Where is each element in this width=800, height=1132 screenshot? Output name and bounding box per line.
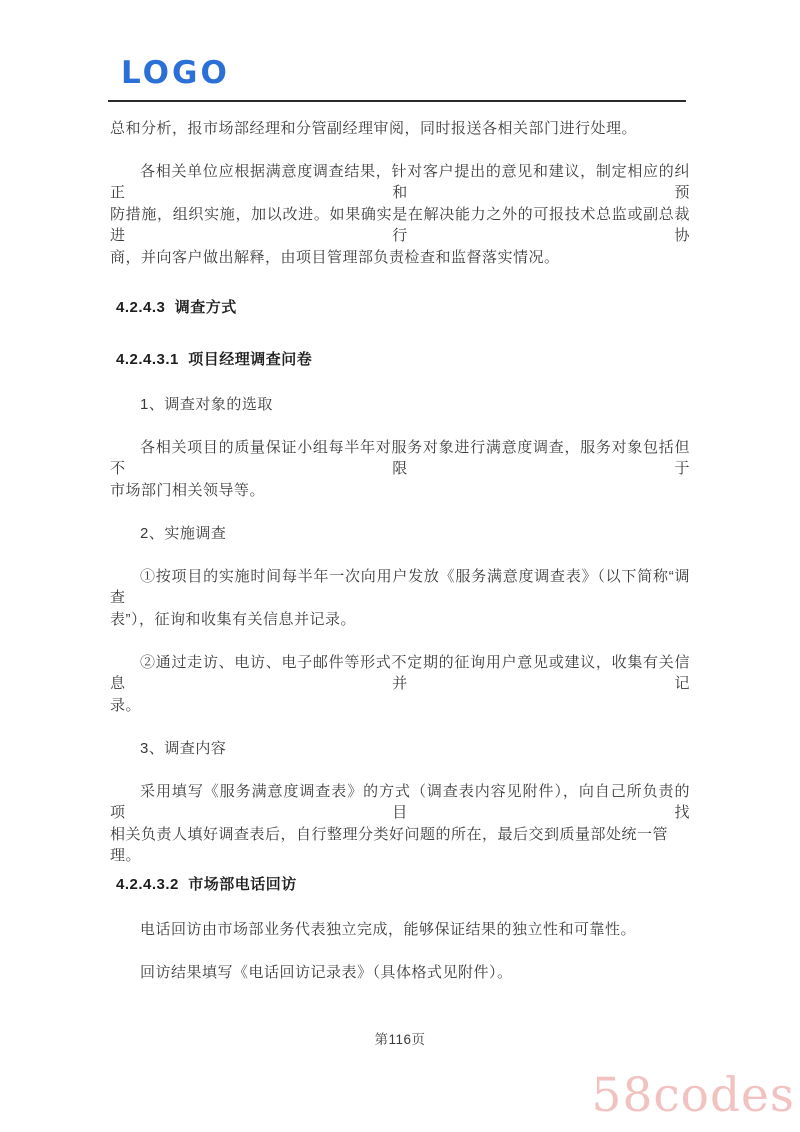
text-line: 防措施，组织实施，加以改进。如果确实是在解决能力之外的可报技术总监或副总裁进行协 xyxy=(110,200,690,243)
text-line: 总和分析，报市场部经理和分管副经理审阅，同时报送各相关部门进行处理。 xyxy=(110,114,690,157)
text-line: 采用填写《服务满意度调查表》的方式（调查表内容见附件），向自己所负责的项目找 xyxy=(110,777,690,820)
text-line: 市场部门相关领导等。 xyxy=(110,476,690,519)
text-line: 相关负责人填好调查表后，自行整理分类好问题的所在，最后交到质量部处统一管理。 xyxy=(110,820,690,863)
text-line: 2、实施调查 xyxy=(110,519,690,562)
company-logo: LOGO xyxy=(121,55,230,91)
text-line: ①按项目的实施时间每半年一次向用户发放《服务满意度调查表》（以下简称“调查 xyxy=(110,562,690,605)
text-line: ②通过走访、电访、电子邮件等形式不定期的征询用户意见或建议，收集有关信息并记 xyxy=(110,648,690,691)
document-body: 总和分析，报市场部经理和分管副经理审阅，同时报送各相关部门进行处理。各相关单位应… xyxy=(110,114,690,1001)
text-line: 3、调查内容 xyxy=(110,734,690,777)
text-line: 录。 xyxy=(110,691,690,734)
text-line: 各相关项目的质量保证小组每半年对服务对象进行满意度调查，服务对象包括但不限于 xyxy=(110,433,690,476)
text-line: 各相关单位应根据满意度调查结果，针对客户提出的意见和建议，制定相应的纠正和预 xyxy=(110,157,690,200)
header-divider xyxy=(108,100,686,102)
section-heading: 4.2.4.3 调查方式 xyxy=(110,286,690,338)
text-line: 电话回访由市场部业务代表独立完成，能够保证结果的独立性和可靠性。 xyxy=(110,915,690,958)
section-heading: 4.2.4.3.1 项目经理调查问卷 xyxy=(110,338,690,390)
watermark: 58codes xyxy=(592,1068,795,1123)
text-line: 1、调查对象的选取 xyxy=(110,390,690,433)
text-line: 表”），征询和收集有关信息并记录。 xyxy=(110,605,690,648)
text-line: 回访结果填写《电话回访记录表》（具体格式见附件）。 xyxy=(110,958,690,1001)
text-line: 商，并向客户做出解释，由项目管理部负责检查和监督落实情况。 xyxy=(110,243,690,286)
section-heading: 4.2.4.3.2 市场部电话回访 xyxy=(110,863,690,915)
page-number: 第116页 xyxy=(0,1028,800,1048)
